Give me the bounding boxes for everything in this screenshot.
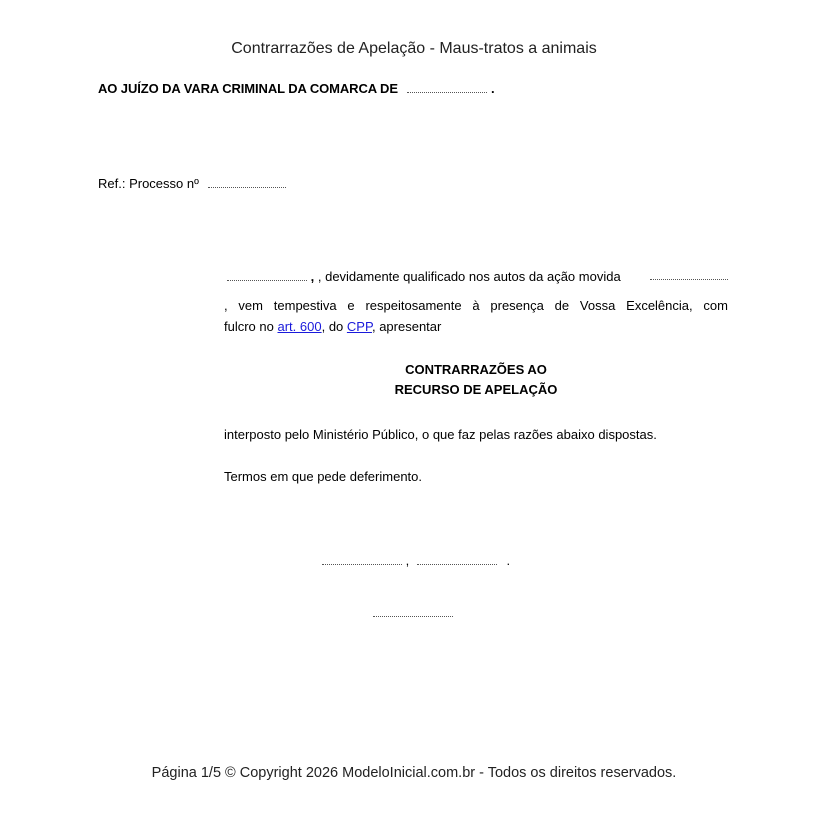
party-name-blank bbox=[227, 279, 307, 281]
heading-line-2: RECURSO DE APELAÇÃO bbox=[224, 380, 728, 400]
intro-line-3-a: fulcro no bbox=[224, 319, 274, 334]
addressee-line: AO JUÍZO DA VARA CRIMINAL DA COMARCA DE … bbox=[98, 81, 494, 96]
intro-line-3: fulcro no art. 600, do CPP, apresentar bbox=[224, 316, 728, 337]
opposing-party-blank bbox=[650, 278, 728, 280]
paragraph-interposto: interposto pelo Ministério Público, o qu… bbox=[224, 424, 728, 445]
place-date-period: . bbox=[507, 553, 511, 568]
signature-blank bbox=[373, 615, 453, 617]
intro-paragraph: , , devidamente qualificado nos autos da… bbox=[224, 266, 728, 337]
cpp-link[interactable]: CPP bbox=[347, 319, 372, 334]
intro-line-1: , , devidamente qualificado nos autos da… bbox=[224, 266, 728, 287]
heading-line-1: CONTRARRAZÕES AO bbox=[224, 360, 728, 380]
date-blank bbox=[417, 563, 497, 565]
document-heading: CONTRARRAZÕES AO RECURSO DE APELAÇÃO bbox=[224, 360, 728, 400]
intro-line-1-text: , devidamente qualificado nos autos da a… bbox=[318, 269, 621, 284]
intro-line-3-b: , do bbox=[322, 319, 344, 334]
ref-label: Ref.: Processo nº bbox=[98, 176, 199, 191]
signature-line bbox=[373, 604, 453, 622]
page-footer: Página 1/5 © Copyright 2026 ModeloInicia… bbox=[0, 765, 828, 781]
addressee-period: . bbox=[491, 81, 495, 96]
place-date-line: , . bbox=[322, 553, 510, 568]
place-date-comma: , bbox=[406, 553, 410, 568]
process-reference: Ref.: Processo nº bbox=[98, 176, 286, 191]
comarca-blank bbox=[407, 91, 487, 93]
place-blank bbox=[322, 563, 402, 565]
addressee-text: AO JUÍZO DA VARA CRIMINAL DA COMARCA DE bbox=[98, 81, 398, 96]
party-comma: , bbox=[307, 269, 314, 284]
process-number-blank bbox=[208, 186, 286, 188]
intro-line-2: , vem tempestiva e respeitosamente à pre… bbox=[224, 295, 728, 316]
paragraph-termos: Termos em que pede deferimento. bbox=[224, 466, 728, 487]
intro-line-3-c: , apresentar bbox=[372, 319, 441, 334]
document-header-title: Contrarrazões de Apelação - Maus-tratos … bbox=[0, 40, 828, 58]
art-600-link[interactable]: art. 600 bbox=[278, 319, 322, 334]
